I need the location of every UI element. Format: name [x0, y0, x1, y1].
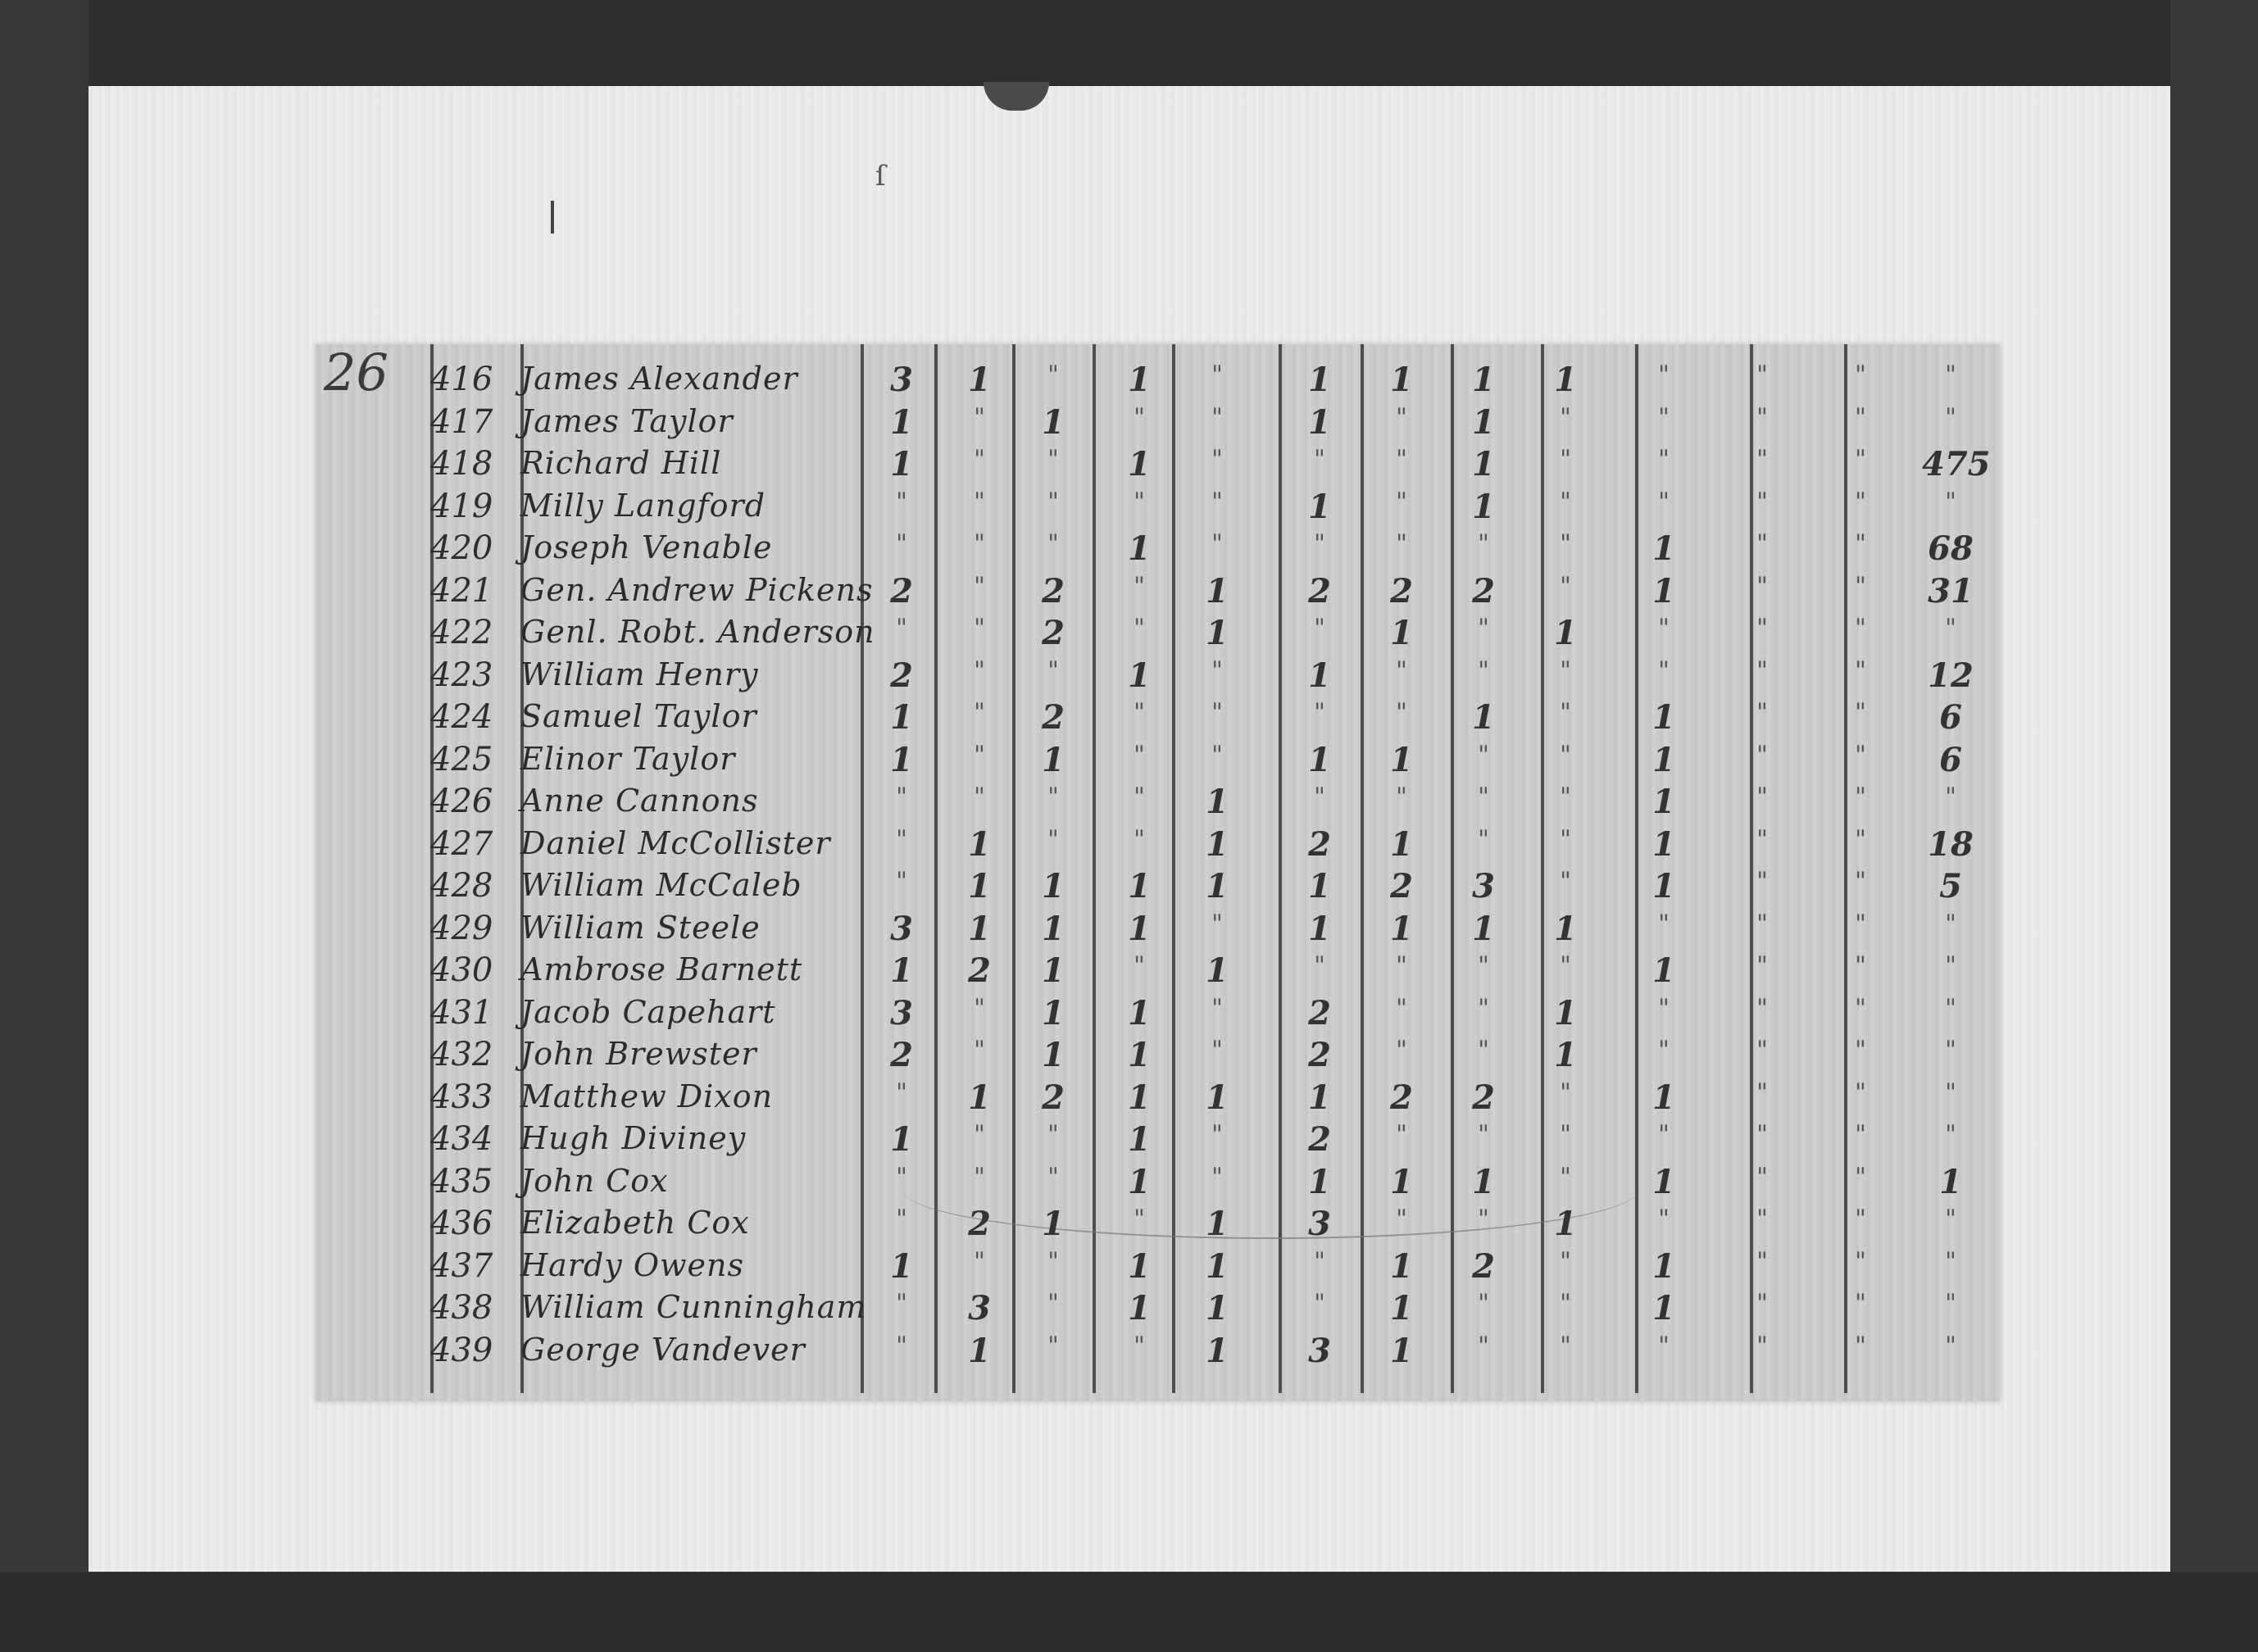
tally-value: " [1832, 1078, 1889, 1107]
tally-value: 2 [1373, 867, 1430, 905]
row-number: 433 [430, 1078, 520, 1116]
tally-value: 1 [1291, 867, 1348, 905]
tally-value: " [1537, 1163, 1594, 1191]
tally-value: 2 [951, 951, 1008, 990]
row-number: 430 [430, 951, 520, 989]
tally-value: 1 [1635, 1289, 1692, 1327]
tally-value: " [1188, 1120, 1246, 1149]
tally-value: " [873, 1163, 930, 1191]
tally-value: 1 [1188, 867, 1246, 905]
tally-value: " [1188, 403, 1246, 432]
tally-value: 5 [1922, 867, 1979, 905]
tally-value: " [1373, 994, 1430, 1023]
tally-value: " [873, 783, 930, 811]
tally-value: 1 [873, 741, 930, 779]
tally-value: " [1832, 614, 1889, 642]
tally-value: 68 [1922, 529, 1979, 568]
row-number: 418 [430, 445, 520, 483]
tally-value: " [1537, 1078, 1594, 1107]
tally-value: 1 [873, 1120, 930, 1159]
tally-value: " [1111, 572, 1168, 601]
tally-value: " [1832, 1289, 1889, 1318]
tally-value: 1 [1291, 1163, 1348, 1201]
tally-value: " [1832, 1332, 1889, 1360]
tally-value: " [1922, 783, 1979, 811]
ledger-row: 435John Cox"""1"111"1""1 [430, 1163, 1988, 1210]
tally-value: " [951, 783, 1008, 811]
tally-value: " [1832, 1036, 1889, 1064]
tally-value: " [1373, 488, 1430, 516]
row-number: 423 [430, 656, 520, 694]
tally-value: 1 [1455, 445, 1512, 483]
tally-value: " [951, 445, 1008, 474]
tally-value: 1 [1188, 614, 1246, 652]
ledger-row: 419Milly Langford"""""1"1""""" [430, 488, 1988, 535]
tally-value: 2 [1455, 572, 1512, 610]
tally-value: " [1922, 994, 1979, 1023]
tally-value: 1 [951, 867, 1008, 905]
tally-value: 1 [1111, 910, 1168, 948]
tally-value: " [1537, 488, 1594, 516]
tally-value: 12 [1922, 656, 1979, 695]
tally-value: " [1188, 741, 1246, 769]
tally-value: " [1832, 867, 1889, 896]
row-number: 428 [430, 867, 520, 905]
tally-value: " [873, 825, 930, 854]
tally-value: 2 [1291, 1036, 1348, 1074]
row-number: 425 [430, 741, 520, 778]
tally-value: " [1832, 910, 1889, 938]
tally-value: 1 [1111, 994, 1168, 1032]
tally-value: 1 [873, 1247, 930, 1286]
tally-value: " [1733, 867, 1791, 896]
tally-value: " [1537, 741, 1594, 769]
tally-value: " [951, 529, 1008, 558]
tally-value: " [1537, 529, 1594, 558]
tally-value: " [1025, 1247, 1082, 1276]
tally-value: 1 [1111, 529, 1168, 568]
tally-value: 2 [1291, 572, 1348, 610]
tally-value: 1 [1635, 741, 1692, 779]
tally-value: 1 [1025, 741, 1082, 779]
tally-value: " [1922, 1332, 1979, 1360]
tally-value: 1 [1111, 1036, 1168, 1074]
tally-value: 1 [1635, 1247, 1692, 1286]
tally-value: 1 [1188, 1289, 1246, 1327]
tally-value: 2 [1025, 614, 1082, 652]
tally-value: " [1733, 1163, 1791, 1191]
tally-value: " [951, 741, 1008, 769]
tally-value: " [951, 1247, 1008, 1276]
tally-value: 3 [1291, 1332, 1348, 1370]
ledger-row: 427Daniel McCollister"1""121""1""18 [430, 825, 1988, 873]
tally-value: 1 [1455, 361, 1512, 399]
tally-value: 1 [1635, 1163, 1692, 1201]
tally-value: " [1455, 1120, 1512, 1149]
row-number: 422 [430, 614, 520, 651]
tally-value: " [1635, 614, 1692, 642]
tally-value: " [1635, 1120, 1692, 1149]
tally-value: 1 [1188, 783, 1246, 821]
tally-value: " [1455, 825, 1512, 854]
tally-value: " [1922, 1247, 1979, 1276]
tally-value: 2 [1373, 1078, 1430, 1117]
tally-value: " [873, 1205, 930, 1233]
tally-value: 1 [951, 825, 1008, 864]
tally-value: 1 [1635, 698, 1692, 737]
tally-value: " [1025, 1289, 1082, 1318]
tally-value: 3 [1291, 1205, 1348, 1243]
ledger-row: 417James Taylor1"1""1"1""""" [430, 403, 1988, 451]
ledger-row: 429William Steele3111"1111"""" [430, 910, 1988, 957]
margin-mark: ſ [875, 160, 886, 193]
tally-value: " [1733, 741, 1791, 769]
tally-value: " [1291, 698, 1348, 727]
tally-value: " [1537, 656, 1594, 685]
tally-value: " [1537, 1332, 1594, 1360]
tally-value: " [1537, 783, 1594, 811]
tally-value: " [1188, 488, 1246, 516]
tally-value: " [1111, 698, 1168, 727]
tally-value: " [1455, 741, 1512, 769]
tally-value: 475 [1922, 445, 1979, 483]
tally-value: " [1025, 783, 1082, 811]
tally-value: " [1635, 445, 1692, 474]
tally-value: 31 [1922, 572, 1979, 610]
tally-value: " [873, 614, 930, 642]
tally-value: 1 [1025, 403, 1082, 442]
tally-value: " [1635, 403, 1692, 432]
tally-value: 1 [1188, 1205, 1246, 1243]
row-number: 417 [430, 403, 520, 441]
tally-value: 1 [1188, 1332, 1246, 1370]
tally-value: " [951, 488, 1008, 516]
tally-value: 3 [873, 910, 930, 948]
ledger-row: 428William McCaleb"1111123"1""5 [430, 867, 1988, 914]
tally-value: " [1733, 1205, 1791, 1233]
tally-value: 1 [1111, 1163, 1168, 1201]
tally-value: " [951, 1036, 1008, 1064]
tally-value: " [1635, 656, 1692, 685]
film-border-bottom [0, 1572, 2258, 1652]
tally-value: " [1733, 698, 1791, 727]
ledger-row: 418Richard Hill1""1"""1""""475 [430, 445, 1988, 492]
tally-value: " [1291, 529, 1348, 558]
tally-value: 1 [1025, 867, 1082, 905]
tally-value: 1 [1111, 1120, 1168, 1159]
tally-value: 18 [1922, 825, 1979, 864]
tally-value: " [1537, 698, 1594, 727]
tally-value: " [1832, 656, 1889, 685]
tally-value: 2 [1291, 994, 1348, 1032]
tally-value: " [1832, 1205, 1889, 1233]
tally-value: " [1111, 1205, 1168, 1233]
tally-value: 1 [1455, 1163, 1512, 1201]
tally-value: " [1537, 867, 1594, 896]
tally-value: " [1537, 951, 1594, 980]
tally-value: " [1922, 1289, 1979, 1318]
tally-value: " [951, 572, 1008, 601]
tally-value: " [951, 614, 1008, 642]
tally-value: " [1537, 1247, 1594, 1276]
tally-value: " [1832, 825, 1889, 854]
tally-value: 1 [1373, 361, 1430, 399]
tally-value: " [1832, 951, 1889, 980]
tally-value: 1 [1291, 656, 1348, 695]
tally-value: " [1733, 1332, 1791, 1360]
tally-value: 2 [1291, 1120, 1348, 1159]
tally-value: " [1373, 1036, 1430, 1064]
tally-value: " [1111, 403, 1168, 432]
row-number: 426 [430, 783, 520, 820]
tally-value: 1 [1373, 825, 1430, 864]
tally-value: 1 [1635, 1078, 1692, 1117]
tally-value: " [1922, 403, 1979, 432]
tally-value: " [1188, 445, 1246, 474]
tally-value: " [1733, 1289, 1791, 1318]
tally-value: " [951, 656, 1008, 685]
tally-value: " [1922, 361, 1979, 389]
tally-value: " [1291, 614, 1348, 642]
tally-value: " [873, 1332, 930, 1360]
tally-value: " [951, 994, 1008, 1023]
tally-value: " [1733, 529, 1791, 558]
tally-value: " [1455, 529, 1512, 558]
row-number: 429 [430, 910, 520, 947]
tally-value: " [1733, 1036, 1791, 1064]
ledger-row: 424Samuel Taylor1"2""""1"1""6 [430, 698, 1988, 746]
tally-value: " [873, 1289, 930, 1318]
tally-value: " [1635, 1332, 1692, 1360]
tally-value: 1 [1922, 1163, 1979, 1201]
tally-value: " [1832, 783, 1889, 811]
tally-value: 1 [1635, 529, 1692, 568]
tally-value: " [1455, 614, 1512, 642]
row-number: 416 [430, 361, 520, 398]
tally-value: " [1922, 488, 1979, 516]
tally-value: " [1733, 361, 1791, 389]
tally-value: " [1455, 1289, 1512, 1318]
row-number: 438 [430, 1289, 520, 1327]
tally-value: " [1111, 951, 1168, 980]
tally-value: " [1733, 656, 1791, 685]
tally-value: " [1373, 1120, 1430, 1149]
ledger-row: 423William Henry2""1"1""""""12 [430, 656, 1988, 704]
tally-value: 1 [1373, 1332, 1430, 1370]
tally-value: 1 [1537, 994, 1594, 1032]
tally-value: " [1922, 951, 1979, 980]
tally-value: 1 [1455, 403, 1512, 442]
tally-value: " [1922, 910, 1979, 938]
tally-value: " [1733, 614, 1791, 642]
tally-value: 1 [1291, 488, 1348, 526]
row-number: 439 [430, 1332, 520, 1369]
tally-value: " [1635, 1205, 1692, 1233]
tally-value: 1 [1455, 698, 1512, 737]
tally-value: " [1832, 994, 1889, 1023]
ledger-row: 431Jacob Capehart3"11"2""1"""" [430, 994, 1988, 1042]
tally-value: " [1291, 1289, 1348, 1318]
tally-value: 2 [873, 572, 930, 610]
tally-value: 2 [1455, 1078, 1512, 1117]
margin-tick [551, 201, 554, 234]
tally-value: " [1832, 403, 1889, 432]
tally-value: " [1025, 361, 1082, 389]
tally-value: 1 [1373, 1163, 1430, 1201]
tally-value: 1 [1455, 910, 1512, 948]
tally-value: " [1733, 1120, 1791, 1149]
ledger-row: 425Elinor Taylor1"1""11""1""6 [430, 741, 1988, 788]
tally-value: " [1832, 1120, 1889, 1149]
tally-value: 1 [951, 1078, 1008, 1117]
ledger-row: 421Gen. Andrew Pickens2"2"1222"1""31 [430, 572, 1988, 619]
tally-value: 1 [1455, 488, 1512, 526]
tally-value: " [873, 867, 930, 896]
row-number: 421 [430, 572, 520, 610]
tally-value: " [1111, 614, 1168, 642]
tally-value: " [873, 1078, 930, 1107]
row-number: 436 [430, 1205, 520, 1242]
tally-value: " [1733, 445, 1791, 474]
tally-value: " [1832, 488, 1889, 516]
tally-value: 1 [1635, 572, 1692, 610]
tally-value: 1 [1111, 867, 1168, 905]
tally-value: " [1455, 1036, 1512, 1064]
tally-value: " [1188, 698, 1246, 727]
ledger-row: 416James Alexander31"1"1111"""" [430, 361, 1988, 408]
tally-value: 2 [951, 1205, 1008, 1243]
tally-value: 3 [1455, 867, 1512, 905]
tally-value: " [1635, 488, 1692, 516]
page-number: 26 [324, 343, 388, 402]
ledger-row: 433Matthew Dixon"1211122"1""" [430, 1078, 1988, 1126]
tally-value: 1 [1111, 1247, 1168, 1286]
tally-value: " [1733, 572, 1791, 601]
tally-value: 1 [1291, 741, 1348, 779]
row-number: 419 [430, 488, 520, 525]
tally-value: 1 [1373, 1247, 1430, 1286]
tally-value: " [951, 403, 1008, 432]
tally-value: 1 [873, 403, 930, 442]
tally-value: " [1025, 1120, 1082, 1149]
tally-value: 1 [1025, 910, 1082, 948]
tally-value: 1 [1537, 614, 1594, 652]
film-border-left [0, 0, 89, 1652]
tally-value: 2 [1373, 572, 1430, 610]
tally-value: " [1455, 1332, 1512, 1360]
tally-value: " [1373, 783, 1430, 811]
tally-value: " [1635, 994, 1692, 1023]
row-number: 424 [430, 698, 520, 736]
tally-value: " [1373, 445, 1430, 474]
tally-value: 3 [951, 1289, 1008, 1327]
tally-value: 1 [1188, 951, 1246, 990]
tally-value: 1 [1291, 361, 1348, 399]
tally-value: " [1537, 445, 1594, 474]
tally-value: " [1188, 910, 1246, 938]
tally-value: 2 [873, 656, 930, 695]
tally-value: 1 [1188, 1078, 1246, 1117]
ledger-row: 437Hardy Owens1""11"12"1""" [430, 1247, 1988, 1295]
tally-value: " [1922, 1078, 1979, 1107]
tally-value: " [1832, 1247, 1889, 1276]
tally-value: " [1733, 1247, 1791, 1276]
tally-value: " [1373, 951, 1430, 980]
row-number: 432 [430, 1036, 520, 1073]
tally-value: " [1111, 741, 1168, 769]
tally-value: " [1111, 488, 1168, 516]
tally-value: " [1733, 825, 1791, 854]
tally-value: " [1188, 1163, 1246, 1191]
tally-value: 1 [1291, 1078, 1348, 1117]
row-number: 437 [430, 1247, 520, 1285]
tally-value: " [1922, 1120, 1979, 1149]
tally-value: " [1188, 361, 1246, 389]
tally-value: " [1537, 825, 1594, 854]
ledger-row: 436Elizabeth Cox"21"13""1"""" [430, 1205, 1988, 1252]
tally-value: " [1373, 403, 1430, 432]
tally-value: 6 [1922, 698, 1979, 737]
tally-value: " [1832, 1163, 1889, 1191]
tally-value: " [1111, 825, 1168, 854]
tally-value: 1 [1537, 910, 1594, 948]
tally-value: " [1373, 656, 1430, 685]
tally-value: 1 [1111, 445, 1168, 483]
tally-value: 1 [1188, 572, 1246, 610]
tally-value: 1 [873, 698, 930, 737]
tally-value: 2 [1025, 698, 1082, 737]
ledger-row: 422Genl. Robt. Anderson""2"1"1"1"""" [430, 614, 1988, 661]
tally-value: " [1733, 994, 1791, 1023]
tally-value: " [1455, 994, 1512, 1023]
ledger-row: 430Ambrose Barnett121"1""""1""" [430, 951, 1988, 999]
tally-value: " [873, 488, 930, 516]
tally-value: 1 [1025, 1036, 1082, 1074]
tally-value: " [1832, 741, 1889, 769]
tally-value: 2 [1291, 825, 1348, 864]
tally-value: 1 [1111, 656, 1168, 695]
tally-value: 1 [1373, 614, 1430, 652]
tally-value: " [1291, 783, 1348, 811]
tally-value: 1 [1025, 994, 1082, 1032]
tally-value: " [1291, 1247, 1348, 1276]
tally-value: " [1537, 572, 1594, 601]
tally-value: " [1733, 783, 1791, 811]
tally-value: 1 [1537, 361, 1594, 399]
tally-value: " [951, 698, 1008, 727]
tally-value: 1 [873, 445, 930, 483]
tally-value: " [1455, 1205, 1512, 1233]
tally-value: 1 [1537, 1205, 1594, 1243]
tally-value: 2 [1025, 1078, 1082, 1117]
tally-value: 3 [873, 994, 930, 1032]
tally-value: " [1537, 1289, 1594, 1318]
tally-value: " [1373, 529, 1430, 558]
tally-value: 1 [951, 361, 1008, 399]
tally-value: 1 [1635, 825, 1692, 864]
row-number: 434 [430, 1120, 520, 1158]
tally-value: " [951, 1163, 1008, 1191]
tally-value: 6 [1922, 741, 1979, 779]
tally-value: " [1537, 403, 1594, 432]
tally-value: 1 [1291, 910, 1348, 948]
tally-value: " [1025, 1332, 1082, 1360]
row-number: 427 [430, 825, 520, 863]
tally-value: " [1025, 656, 1082, 685]
tally-value: " [1537, 1120, 1594, 1149]
tally-value: 1 [1635, 783, 1692, 821]
tally-value: 3 [873, 361, 930, 399]
